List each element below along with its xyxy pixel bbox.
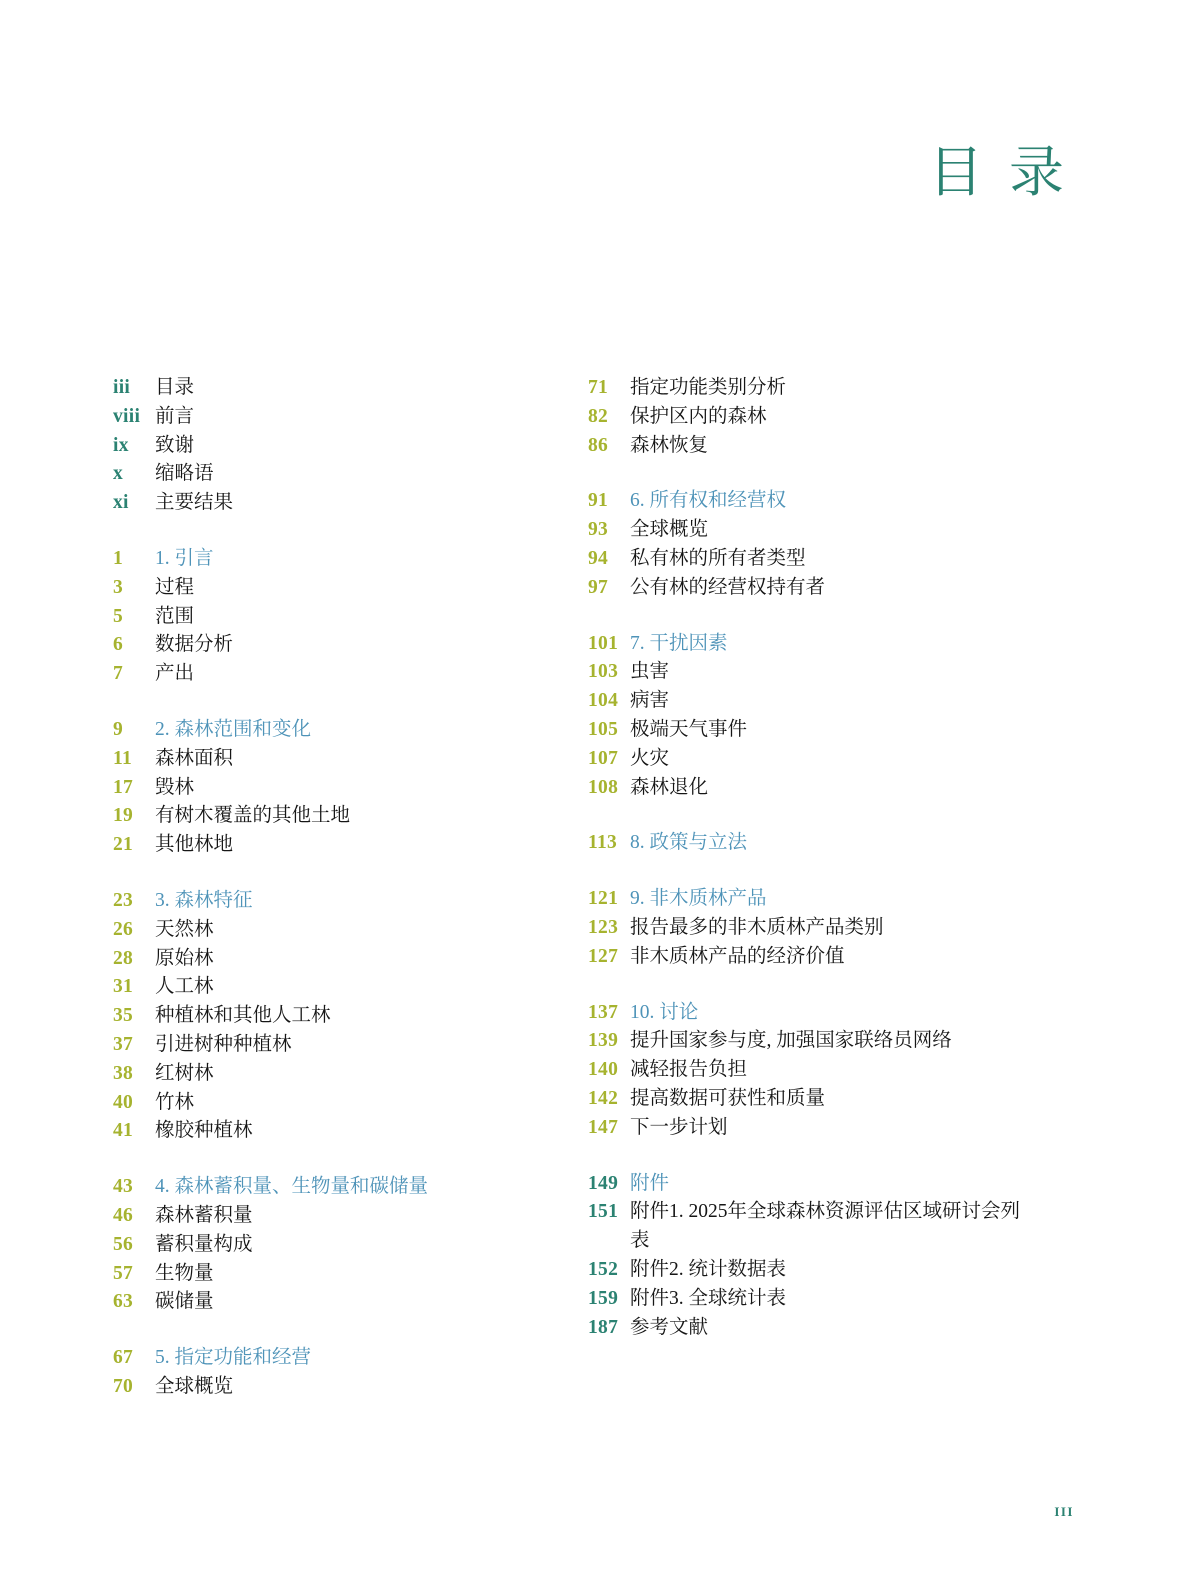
toc-page-number: 21 [113,831,155,860]
toc-entry: 82 保护区内的森林 [588,403,1080,432]
toc-entry-label: 私有林的所有者类型 [630,545,806,574]
toc-entry: x 缩略语 [113,460,575,489]
toc-entry: 31 人工林 [113,973,575,1002]
toc-entry: 26 天然林 [113,916,575,945]
toc-block: 71 指定功能类别分析 82 保护区内的森林 86 森林恢复 [588,374,1080,460]
toc-entry: 137 10. 讨论 [588,999,1080,1028]
toc-page-number: 142 [588,1085,630,1114]
toc-entry-label: 有树木覆盖的其他土地 [155,802,350,831]
toc-entry: 152 附件2. 统计数据表 [588,1256,1080,1285]
toc-entry-label: 1. 引言 [155,545,214,574]
toc-entry: 86 森林恢复 [588,432,1080,461]
toc-block: 67 5. 指定功能和经营 70 全球概览 [113,1344,575,1402]
toc-page-number: 152 [588,1256,630,1285]
toc-page-number: 91 [588,487,630,516]
toc-entry-label: 5. 指定功能和经营 [155,1344,311,1373]
toc-entry-label: 人工林 [155,973,214,1002]
toc-entry-label: 10. 讨论 [630,999,698,1028]
toc-entry-label: 生物量 [155,1260,214,1289]
toc-block: 121 9. 非木质林产品 123 报告最多的非木质林产品类别 127 非木质林… [588,885,1080,971]
toc-entry-label: 碳储量 [155,1288,214,1317]
toc-entry-label: 9. 非木质林产品 [630,885,767,914]
toc-page-number: 94 [588,545,630,574]
toc-page-number: xi [113,489,155,518]
toc-page-number: 187 [588,1314,630,1343]
toc-entry: 17 毁林 [113,774,575,803]
toc-page-number: 43 [113,1173,155,1202]
toc-entry: 9 2. 森林范围和变化 [113,716,575,745]
toc-entry: 147 下一步计划 [588,1114,1080,1143]
toc-entry-label: 森林退化 [630,774,708,803]
toc-page-number: 37 [113,1031,155,1060]
toc-entry: 56 蓄积量构成 [113,1231,575,1260]
toc-entry: 35 种植林和其他人工林 [113,1002,575,1031]
toc-block: 149 附件 151 附件1. 2025年全球森林资源评估区域研讨会列表 152… [588,1170,1080,1343]
toc-entry: ix 致谢 [113,432,575,461]
toc-entry-label: 全球概览 [155,1373,233,1402]
toc-entry: 121 9. 非木质林产品 [588,885,1080,914]
toc-entry: iii 目录 [113,374,575,403]
toc-entry: 97 公有林的经营权持有者 [588,574,1080,603]
toc-page-number: 70 [113,1373,155,1402]
toc-page-number: 159 [588,1285,630,1314]
toc-page-number: 17 [113,774,155,803]
toc-entry: 37 引进树种种植林 [113,1031,575,1060]
toc-entry-label: 橡胶种植林 [155,1117,253,1146]
toc-entry-label: 提高数据可获性和质量 [630,1085,825,1114]
toc-page-number: 9 [113,716,155,745]
toc-entry-label: 竹林 [155,1089,194,1118]
toc-entry-label: 2. 森林范围和变化 [155,716,311,745]
toc-page-number: 57 [113,1260,155,1289]
toc-entry: 63 碳储量 [113,1288,575,1317]
toc-entry: 19 有树木覆盖的其他土地 [113,802,575,831]
toc-column-right: 71 指定功能类别分析 82 保护区内的森林 86 森林恢复 91 6. 所有权… [588,374,1080,1369]
toc-entry: 140 减轻报告负担 [588,1056,1080,1085]
toc-entry-label: 8. 政策与立法 [630,829,747,858]
toc-entry: 159 附件3. 全球统计表 [588,1285,1080,1314]
toc-entry: 142 提高数据可获性和质量 [588,1085,1080,1114]
toc-page-number: 97 [588,574,630,603]
toc-page-number: 127 [588,943,630,972]
toc-page-number: 104 [588,687,630,716]
toc-entry-label: 目录 [155,374,194,403]
toc-page-number: 23 [113,887,155,916]
toc-page-number: 5 [113,603,155,632]
toc-entry-label: 红树林 [155,1060,214,1089]
toc-entry-label: 蓄积量构成 [155,1231,253,1260]
toc-entry-label: 主要结果 [155,489,233,518]
toc-entry-label: 减轻报告负担 [630,1056,747,1085]
toc-page-number: viii [113,403,155,432]
toc-entry-label: 保护区内的森林 [630,403,767,432]
toc-entry-label: 附件 [630,1170,669,1199]
toc-page-number: 113 [588,829,630,858]
toc-entry: 127 非木质林产品的经济价值 [588,943,1080,972]
toc-entry-label: 引进树种种植林 [155,1031,292,1060]
toc-entry: 21 其他林地 [113,831,575,860]
toc-page-number: 82 [588,403,630,432]
toc-block: 9 2. 森林范围和变化 11 森林面积 17 毁林 19 有树木覆盖的其他土地… [113,716,575,860]
toc-entry: 40 竹林 [113,1089,575,1118]
toc-block: iii 目录 viii 前言 ix 致谢 x 缩略语 xi 主要结果 [113,374,575,518]
toc-page-number: 3 [113,574,155,603]
toc-page-number: 67 [113,1344,155,1373]
toc-page-number: 40 [113,1089,155,1118]
toc-page-number: 123 [588,914,630,943]
toc-entry: 93 全球概览 [588,516,1080,545]
toc-entry: 1 1. 引言 [113,545,575,574]
toc-entry-label: 过程 [155,574,194,603]
toc-entry-label: 4. 森林蓄积量、生物量和碳储量 [155,1173,428,1202]
toc-entry: 28 原始林 [113,945,575,974]
toc-entry: 38 红树林 [113,1060,575,1089]
toc-entry-label: 公有林的经营权持有者 [630,574,825,603]
toc-entry-label: 致谢 [155,432,194,461]
toc-block: 1 1. 引言 3 过程 5 范围 6 数据分析 7 产出 [113,545,575,689]
toc-entry-label: 火灾 [630,745,669,774]
toc-entry-label: 毁林 [155,774,194,803]
toc-entry: viii 前言 [113,403,575,432]
toc-entry: 71 指定功能类别分析 [588,374,1080,403]
toc-entry-label: 6. 所有权和经营权 [630,487,786,516]
toc-entry-label: 数据分析 [155,631,233,660]
toc-page-number: 35 [113,1002,155,1031]
toc-entry: 107 火灾 [588,745,1080,774]
toc-page-number: x [113,460,155,489]
toc-entry: 6 数据分析 [113,631,575,660]
toc-page-number: 108 [588,774,630,803]
toc-entry-label: 非木质林产品的经济价值 [630,943,845,972]
toc-page-number: iii [113,374,155,403]
toc-entry-label: 其他林地 [155,831,233,860]
toc-page-number: 147 [588,1114,630,1143]
toc-entry: 41 橡胶种植林 [113,1117,575,1146]
toc-page-number: 149 [588,1170,630,1199]
toc-entry: 104 病害 [588,687,1080,716]
toc-entry: 94 私有林的所有者类型 [588,545,1080,574]
toc-page-number: 139 [588,1027,630,1056]
toc-entry-label: 附件2. 统计数据表 [630,1256,786,1285]
toc-entry: 23 3. 森林特征 [113,887,575,916]
toc-block: 137 10. 讨论 139 提升国家参与度, 加强国家联络员网络 140 减轻… [588,999,1080,1143]
toc-page-number: ix [113,432,155,461]
toc-column-left: iii 目录 viii 前言 ix 致谢 x 缩略语 xi 主要结果 1 1. … [113,374,575,1429]
toc-page-number: 121 [588,885,630,914]
toc-entry-label: 天然林 [155,916,214,945]
toc-entry: 43 4. 森林蓄积量、生物量和碳储量 [113,1173,575,1202]
toc-page-number: 56 [113,1231,155,1260]
toc-entry: 113 8. 政策与立法 [588,829,1080,858]
toc-page-number: 41 [113,1117,155,1146]
toc-page-number: 71 [588,374,630,403]
toc-entry: 7 产出 [113,660,575,689]
toc-entry-label: 森林蓄积量 [155,1202,253,1231]
toc-page-number: 7 [113,660,155,689]
toc-entry-label: 虫害 [630,658,669,687]
toc-page-number: 105 [588,716,630,745]
toc-entry-label: 报告最多的非木质林产品类别 [630,914,884,943]
toc-page-number: 31 [113,973,155,1002]
toc-entry: 46 森林蓄积量 [113,1202,575,1231]
toc-entry: 57 生物量 [113,1260,575,1289]
toc-page-number: 19 [113,802,155,831]
toc-page-number: 11 [113,745,155,774]
toc-entry: 105 极端天气事件 [588,716,1080,745]
toc-block: 23 3. 森林特征 26 天然林 28 原始林 31 人工林 35 种植林和其… [113,887,575,1146]
toc-entry: 67 5. 指定功能和经营 [113,1344,575,1373]
toc-entry: 139 提升国家参与度, 加强国家联络员网络 [588,1027,1080,1056]
toc-entry: 103 虫害 [588,658,1080,687]
toc-entry-label: 附件1. 2025年全球森林资源评估区域研讨会列表 [630,1198,1022,1256]
toc-entry: 70 全球概览 [113,1373,575,1402]
toc-page-number: 28 [113,945,155,974]
toc-block: 91 6. 所有权和经营权 93 全球概览 94 私有林的所有者类型 97 公有… [588,487,1080,602]
toc-entry: 151 附件1. 2025年全球森林资源评估区域研讨会列表 [588,1198,1080,1256]
toc-entry: 187 参考文献 [588,1314,1080,1343]
toc-page-number: 137 [588,999,630,1028]
toc-entry: 108 森林退化 [588,774,1080,803]
toc-entry: 149 附件 [588,1170,1080,1199]
toc-entry-label: 病害 [630,687,669,716]
toc-entry-label: 森林面积 [155,745,233,774]
toc-entry-label: 3. 森林特征 [155,887,253,916]
toc-page-number: 26 [113,916,155,945]
toc-block: 43 4. 森林蓄积量、生物量和碳储量 46 森林蓄积量 56 蓄积量构成 57… [113,1173,575,1317]
toc-entry-label: 指定功能类别分析 [630,374,786,403]
toc-page-number: 1 [113,545,155,574]
toc-page-number: 103 [588,658,630,687]
page-number: III [1054,1504,1074,1520]
toc-entry-label: 附件3. 全球统计表 [630,1285,786,1314]
toc-page-number: 6 [113,631,155,660]
toc-entry-label: 种植林和其他人工林 [155,1002,331,1031]
toc-page-number: 151 [588,1198,630,1227]
page-title: 目 录 [928,128,1070,207]
toc-entry-label: 提升国家参与度, 加强国家联络员网络 [630,1027,952,1056]
toc-entry-label: 参考文献 [630,1314,708,1343]
toc-block: 101 7. 干扰因素 103 虫害 104 病害 105 极端天气事件 107… [588,630,1080,803]
toc-page-number: 46 [113,1202,155,1231]
toc-page-number: 93 [588,516,630,545]
toc-block: 113 8. 政策与立法 [588,829,1080,858]
toc-entry-label: 下一步计划 [630,1114,728,1143]
toc-page-number: 140 [588,1056,630,1085]
toc-entry: 123 报告最多的非木质林产品类别 [588,914,1080,943]
toc-entry-label: 极端天气事件 [630,716,747,745]
toc-entry: 5 范围 [113,603,575,632]
toc-entry: xi 主要结果 [113,489,575,518]
toc-entry-label: 原始林 [155,945,214,974]
toc-page-number: 101 [588,630,630,659]
toc-entry-label: 产出 [155,660,194,689]
toc-page-number: 63 [113,1288,155,1317]
toc-page-number: 86 [588,432,630,461]
toc-entry: 101 7. 干扰因素 [588,630,1080,659]
toc-entry: 3 过程 [113,574,575,603]
toc-entry-label: 范围 [155,603,194,632]
toc-page-number: 107 [588,745,630,774]
toc-entry: 91 6. 所有权和经营权 [588,487,1080,516]
toc-entry: 11 森林面积 [113,745,575,774]
toc-entry-label: 7. 干扰因素 [630,630,728,659]
toc-page-number: 38 [113,1060,155,1089]
toc-page: 目 录 iii 目录 viii 前言 ix 致谢 x 缩略语 xi 主要结果 1… [0,0,1182,1595]
toc-entry-label: 前言 [155,403,194,432]
toc-entry-label: 全球概览 [630,516,708,545]
toc-entry-label: 缩略语 [155,460,214,489]
toc-entry-label: 森林恢复 [630,432,708,461]
